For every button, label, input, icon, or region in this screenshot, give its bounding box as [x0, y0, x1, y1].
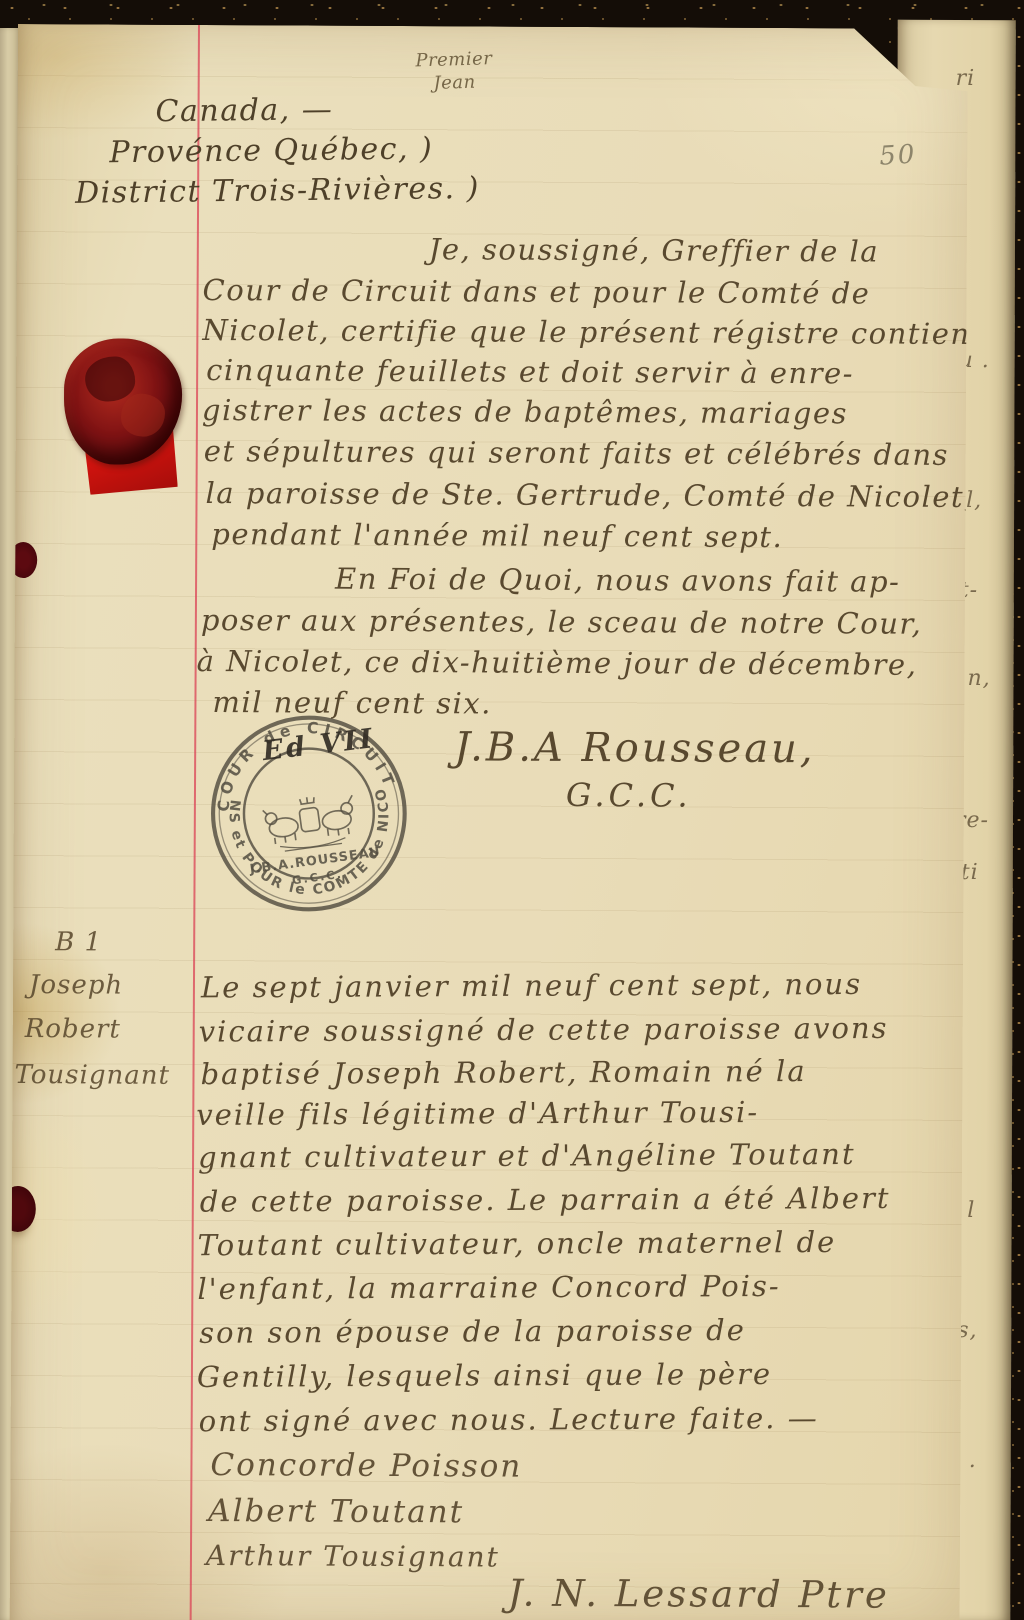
officiant-signature: J. N. Lessard Ptre: [508, 1575, 890, 1616]
record-line: Le sept janvier mil neuf cent sept, nous: [201, 969, 862, 1003]
record-line: veille fils légitime d'Arthur Tousi-: [196, 1097, 759, 1130]
record-line: son son épouse de la paroisse de: [199, 1315, 746, 1348]
edge-writing-fragment: n,: [967, 668, 990, 690]
clerk-signature: J.B.A Rousseau,: [454, 726, 816, 770]
certificate-line: Nicolet, certifie que le présent régistr…: [202, 315, 984, 350]
record-line: Gentilly, lesquels ainsi que le père: [197, 1359, 772, 1392]
certificate-line: Cour de Circuit dans et pour le Comté de: [203, 275, 871, 309]
edge-writing-fragment: ri: [956, 68, 976, 90]
record-margin-surname: Tousignant: [14, 1062, 170, 1090]
certificate-line: pendant l'année mil neuf cent sept.: [211, 519, 783, 552]
clerk-signature-title: G.C.C.: [566, 779, 692, 813]
record-margin-entry-number: B 1: [55, 929, 102, 957]
certificate-line: En Foi de Quoi, nous avons fait ap-: [335, 564, 900, 597]
record-line: gnant cultivateur et d'Angéline Toutant: [198, 1139, 856, 1173]
record-line: vicaire soussigné de cette paroisse avon…: [199, 1013, 889, 1047]
record-margin-name: Joseph: [29, 972, 123, 1000]
record-line: de cette paroisse. Le parrain a été Albe…: [200, 1183, 891, 1217]
record-line: ont signé avec nous. Lecture faite. —: [199, 1403, 819, 1437]
register-page: Premier Jean 50 Canada, — Provénce Québe…: [10, 24, 968, 1620]
witness-signature: Concorde Poisson: [210, 1449, 522, 1483]
certificate-line: Je, soussigné, Greffier de la: [429, 234, 879, 267]
header-note: Premier Jean: [415, 47, 493, 96]
page-number-pencil: 50: [878, 139, 917, 171]
edge-writing-fragment: l,: [966, 490, 982, 512]
coat-of-arms: [262, 791, 359, 853]
witness-signature: Albert Toutant: [208, 1495, 464, 1529]
record-line: baptisé Joseph Robert, Romain né la: [200, 1056, 806, 1090]
record-line: Toutant cultivateur, oncle maternel de: [198, 1227, 837, 1261]
certificate-line: cinquante feuillets et doit servir à enr…: [206, 355, 854, 389]
heading-canada: Canada, —: [155, 94, 333, 128]
record-line: l'enfant, la marraine Concord Pois-: [197, 1271, 780, 1304]
header-note-line2: Jean: [416, 71, 494, 97]
heading-province: Provénce Québec, ): [109, 133, 433, 168]
register-scan: { "document": { "page_number": "50", "he…: [0, 0, 1024, 1620]
certificate-line: poser aux présentes, le sceau de notre C…: [201, 605, 923, 639]
heading-district: District Trois-Rivières. ): [75, 173, 480, 209]
certificate-line: et sépultures qui seront faits et célébr…: [204, 436, 949, 470]
certificate-line: la paroisse de Ste. Gertrude, Comté de N…: [205, 478, 974, 512]
certificate-line: gistrer les actes de baptêmes, mariages: [202, 395, 848, 429]
certificate-line: à Nicolet, ce dix-huitième jour de décem…: [197, 646, 918, 680]
header-note-line1: Premier: [415, 47, 493, 73]
witness-signature: Arthur Tousignant: [206, 1541, 500, 1572]
record-margin-name: Robert: [25, 1016, 121, 1044]
wax-texture: [120, 394, 165, 437]
wax-texture: [85, 356, 135, 402]
